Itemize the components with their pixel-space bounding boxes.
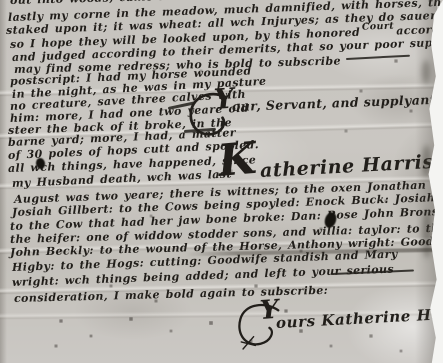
- left-fold-shading: [0, 0, 7, 363]
- paper-speckles: [0, 0, 2, 2]
- edge-smudge: [422, 60, 430, 84]
- inserted-word: Court: [362, 21, 395, 33]
- manuscript-scan: out into woods, came home with their las…: [0, 0, 443, 363]
- edge-smudge: [422, 210, 432, 258]
- underline-stroke: [346, 55, 410, 60]
- signature-initial: K: [216, 137, 258, 184]
- closing-line: our, Servant, and supplyant: [232, 92, 436, 114]
